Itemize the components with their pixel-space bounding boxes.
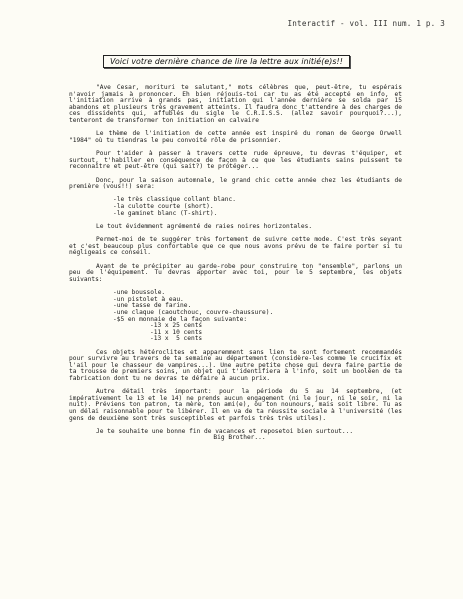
paragraph-schedule: Autre détail très important: pour la pér… [69,389,402,422]
coin-list: -13 x 25 cents -11 x 10 cents -13 x 5 ce… [150,323,402,343]
banner-headline: Voici votre dernière chance de lire la l… [103,55,350,68]
paragraph-suggestion: Permet-moi de te suggérer très fortement… [69,237,402,257]
equipment-list: -une boussole. -un pistolet à eau. -une … [113,290,402,343]
running-header: Interactif - vol. III num. 1 p. 3 [288,19,445,28]
paragraph-objects: Ces objets hétéroclites et apparemment s… [69,350,402,383]
list-item: -le gaminet blanc (T-shirt). [113,211,402,218]
banner-container: Voici votre dernière chance de lire la l… [0,49,463,68]
paragraph-stripes: Le tout évidemment agrémenté de raies no… [69,224,402,231]
list-item: -13 x 5 cents [150,336,402,343]
paragraph-theme: Le thème de l'initiation de cette année … [69,131,402,144]
list-item: -$5 en monnaie de la façon suivante: -13… [113,317,402,343]
paragraph-fashion: Donc, pour la saison automnale, le grand… [69,178,402,191]
paragraph-equipment-intro: Avant de te précipiter au garde-robe pou… [69,264,402,284]
paragraph-intro: "Ave Cesar, morituri te salutant," mots … [69,85,402,125]
letter-body: "Ave Cesar, morituri te salutant," mots … [69,85,402,441]
paragraph-equip: Pour t'aider à passer à travers cette ru… [69,151,402,171]
clothing-list: -le très classique collant blanc. -la cu… [113,197,402,217]
